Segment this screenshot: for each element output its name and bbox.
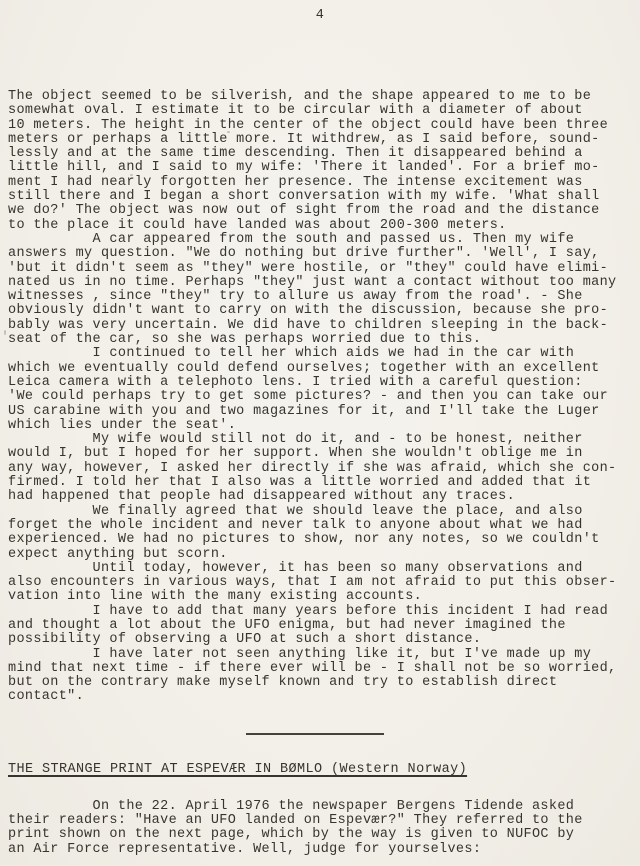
scan-speck (130, 174, 133, 176)
witness-account-text: The object seemed to be silverish, and t… (8, 90, 640, 705)
account-paragraph: I continued to tell her which aids we ha… (8, 347, 640, 433)
page-number: 4 (0, 8, 640, 24)
section-divider-line (246, 733, 384, 735)
section-heading: THE STRANGE PRINT AT ESPEVÆR IN BØMLO (W… (8, 762, 640, 778)
document-page: 4 The object seemed to be silverish, and… (0, 0, 640, 866)
account-paragraph: I have later not seen anything like it, … (8, 648, 640, 705)
account-paragraph: Until today, however, it has been so man… (8, 562, 640, 605)
section-paragraph: On the 22. April 1976 the newspaper Berg… (8, 800, 640, 857)
scan-speck (4, 330, 6, 335)
account-paragraph: A car appeared from the south and passed… (8, 233, 640, 347)
account-paragraph: My wife would still not do it, and - to … (8, 433, 640, 504)
scan-speck (227, 131, 230, 133)
account-paragraph: We finally agreed that we should leave t… (8, 505, 640, 562)
account-paragraph: The object seemed to be silverish, and t… (8, 90, 640, 233)
account-paragraph: I have to add that many years before thi… (8, 605, 640, 648)
